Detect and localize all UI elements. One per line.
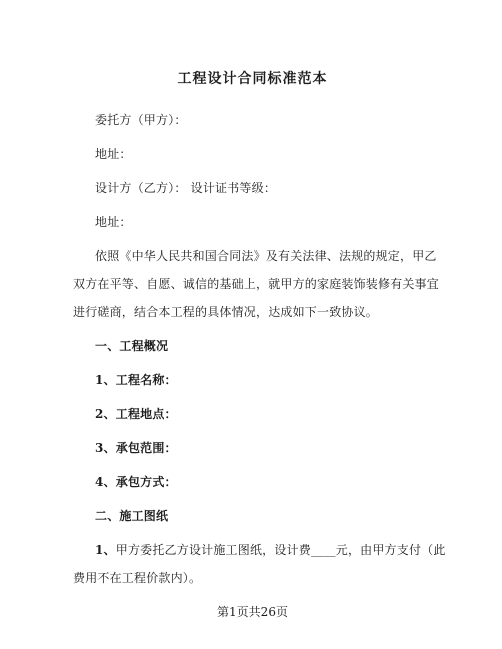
document-page: 工程设计合同标准范本 委托方（甲方）： 地址： 设计方（乙方）： 设计证书等级：… [0, 0, 502, 649]
clause-number: 1、 [95, 543, 116, 557]
item-project-location: 2、工程地点： [73, 400, 432, 428]
section-heading-project-overview: 一、工程概况 [73, 332, 432, 360]
item-contract-scope: 3、承包范围： [73, 434, 432, 462]
clause-1-line: 1、甲方委托乙方设计施工图纸，设计费____元，由甲方支付（此 [73, 536, 432, 564]
item-contract-method: 4、承包方式： [73, 468, 432, 496]
preamble-line: 依照《中华人民共和国合同法》及有关法律、法规的规定，甲乙 [73, 242, 432, 270]
item-project-name: 1、工程名称： [73, 366, 432, 394]
preamble-line: 双方在平等、自愿、诚信的基础上，就甲方的家庭装饰装修有关事宜 [73, 270, 432, 298]
preamble-paragraph: 依照《中华人民共和国合同法》及有关法律、法规的规定，甲乙 双方在平等、自愿、诚信… [73, 242, 432, 326]
page-number: 第1页共26页 [73, 598, 432, 626]
clause-1-continuation-line: 费用不在工程价款内）。 [73, 564, 432, 592]
party-b-line: 设计方（乙方）： 设计证书等级： [73, 174, 432, 202]
section-heading-construction-drawings: 二、施工图纸 [73, 502, 432, 530]
party-a-line: 委托方（甲方）： [73, 106, 432, 134]
party-b-address-line: 地址： [73, 208, 432, 236]
party-a-address-line: 地址： [73, 140, 432, 168]
clause-text: 甲方委托乙方设计施工图纸，设计费____元，由甲方支付（此 [116, 543, 446, 557]
preamble-line: 进行磋商，结合本工程的具体情况，达成如下一致协议。 [73, 298, 432, 326]
document-title: 工程设计合同标准范本 [73, 64, 432, 94]
clause-1-paragraph: 1、甲方委托乙方设计施工图纸，设计费____元，由甲方支付（此 费用不在工程价款… [73, 536, 432, 592]
